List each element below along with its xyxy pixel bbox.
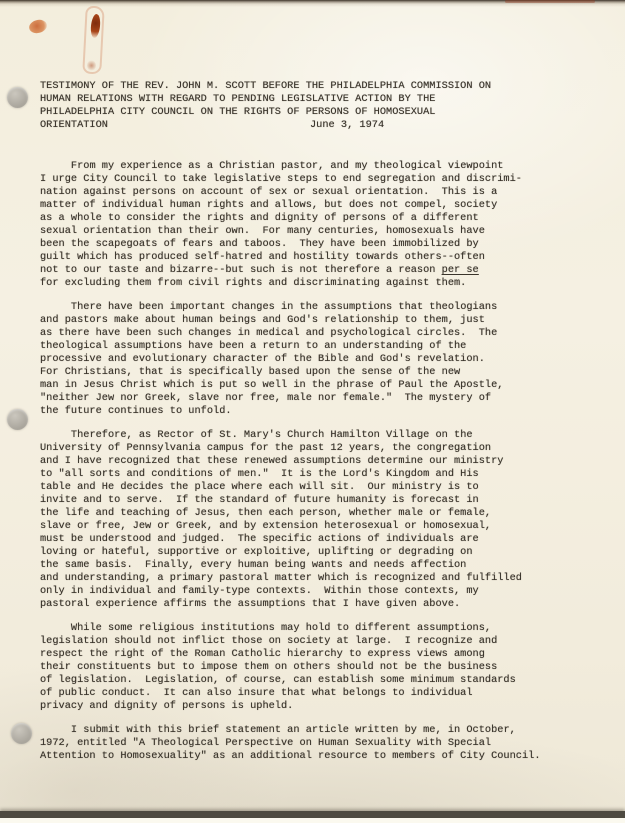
header-orientation-label: ORIENTATION [40,119,108,131]
testimony-header: TESTIMONY OF THE REV. JOHN M. SCOTT BEFO… [40,80,600,132]
scan-bottom-edge [0,811,625,818]
paragraph-3: Therefore, as Rector of St. Mary's Churc… [40,429,600,611]
header-orientation-line: ORIENTATION June 3, 1974 [40,119,600,132]
scan-bottom-light-strip [0,818,625,823]
paragraph-2: There have been important changes in the… [40,301,600,418]
paragraph-1: From my experience as a Christian pastor… [40,160,600,290]
header-date: June 3, 1974 [310,119,384,132]
scanned-document-page: TESTIMONY OF THE REV. JOHN M. SCOTT BEFO… [0,0,625,823]
punch-hole-middle [7,409,28,430]
scan-top-red-tint [505,0,595,3]
typewritten-text-block: TESTIMONY OF THE REV. JOHN M. SCOTT BEFO… [40,80,600,774]
punch-hole-bottom [11,723,32,744]
paragraph-5: I submit with this brief statement an ar… [40,724,600,763]
paragraph-4: While some religious institutions may ho… [40,622,600,713]
paperclip-stain-tip [87,60,96,71]
punch-hole-top [7,87,28,108]
header-title-lines: TESTIMONY OF THE REV. JOHN M. SCOTT BEFO… [40,80,600,119]
rust-stain-blob [28,18,49,35]
